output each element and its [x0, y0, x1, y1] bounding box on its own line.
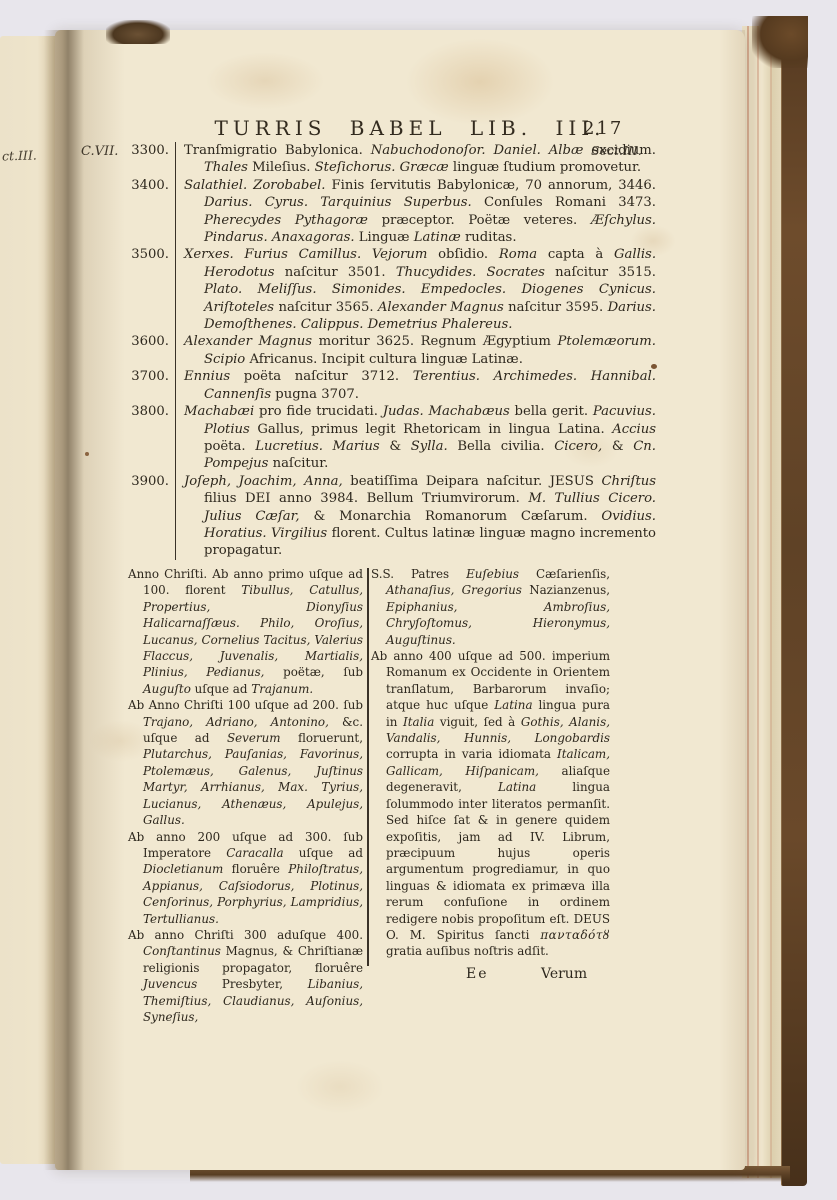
chronology-entry: Alexander Magnus moritur 3625. Regnum Æg…: [175, 333, 656, 368]
paragraph: Ab Anno Chriſti 100 uſque ad 200. ſub Tr…: [128, 697, 363, 828]
chronology-year: 3300.: [128, 142, 175, 177]
chronology-year: 3500.: [128, 246, 175, 333]
previous-page-margin-fragment: ct.III.: [2, 148, 37, 164]
text-column-left: Anno Chriſti. Ab anno primo uſque ad 100…: [128, 566, 363, 1025]
chronology-entry: Tranſmigratio Babylonica. Nabuchodonoſor…: [175, 142, 656, 177]
spine-headband: [106, 20, 170, 44]
spine-fold-shadow: [44, 30, 84, 1170]
chronology-table: 3300. Tranſmigratio Babylonica. Nabuchod…: [128, 142, 656, 560]
chronology-row: 3600. Alexander Magnus moritur 3625. Reg…: [128, 333, 656, 368]
paragraph: Ab anno Chriſti 300 aduſque 400. Conſtan…: [128, 927, 363, 1025]
chronology-year: 3400.: [128, 177, 175, 247]
chronology-row: 3900. Joſeph, Joachim, Anna, beatiſſima …: [128, 473, 656, 560]
text-column-right: S.S. Patres Euſebius Cæſarienſis, Athana…: [371, 566, 610, 960]
chronology-year: 3700.: [128, 368, 175, 403]
page-speck: [85, 452, 89, 456]
signature-mark: Ee: [466, 966, 489, 982]
chronology-row: 3400. Salathiel. Zorobabel. Finis ſervit…: [128, 177, 656, 247]
fore-edge-speckle: [770, 26, 772, 1178]
fore-edge-speckle: [757, 26, 759, 1178]
page-stain: [205, 52, 325, 110]
chronology-year: 3900.: [128, 473, 175, 560]
chronology-year: 3600.: [128, 333, 175, 368]
column-divider-rule: [367, 568, 369, 966]
chronology-row: 3700. Ennius poëta naſcitur 3712. Terent…: [128, 368, 656, 403]
paragraph: S.S. Patres Euſebius Cæſarienſis, Athana…: [371, 566, 610, 648]
chronology-entry: Joſeph, Joachim, Anna, beatiſſima Deipar…: [175, 473, 656, 560]
chronology-row: 3500. Xerxes. Furius Camillus. Vejorum o…: [128, 246, 656, 333]
fore-edge-pages: [742, 26, 786, 1178]
page-number: 217: [583, 118, 623, 139]
paragraph: Anno Chriſti. Ab anno primo uſque ad 100…: [128, 566, 363, 697]
chronology-year: 3800.: [128, 403, 175, 473]
chapter-margin-note: C.VII.: [81, 144, 118, 159]
book-photo: ct.III. TURRIS BABEL LIB. III. 217 C.VII…: [0, 0, 837, 1200]
running-title: TURRIS BABEL LIB. III.: [175, 116, 645, 140]
chronology-entry: Ennius poëta naſcitur 3712. Terentius. A…: [175, 368, 656, 403]
page-stain: [405, 38, 555, 126]
chronology-row: 3800. Machabæi pro fide trucidati. Judas…: [128, 403, 656, 473]
page-stain: [295, 1060, 385, 1114]
paragraph: Ab anno 200 uſque ad 300. ſub Imperatore…: [128, 829, 363, 927]
chronology-entry: Machabæi pro fide trucidati. Judas. Mach…: [175, 403, 656, 473]
catchword: Verum: [541, 966, 587, 982]
leather-cover-corner: [752, 16, 808, 68]
leather-cover-edge: [781, 20, 807, 1186]
chronology-entry: Xerxes. Furius Camillus. Vejorum obſidio…: [175, 246, 656, 333]
paragraph: Ab anno 400 uſque ad 500. imperium Roman…: [371, 648, 610, 960]
fore-edge-speckle: [747, 26, 749, 1178]
book-page: TURRIS BABEL LIB. III. 217 C.VII. Sect.I…: [55, 30, 745, 1170]
chronology-row: 3300. Tranſmigratio Babylonica. Nabuchod…: [128, 142, 656, 177]
chronology-entry: Salathiel. Zorobabel. Finis ſervitutis B…: [175, 177, 656, 247]
